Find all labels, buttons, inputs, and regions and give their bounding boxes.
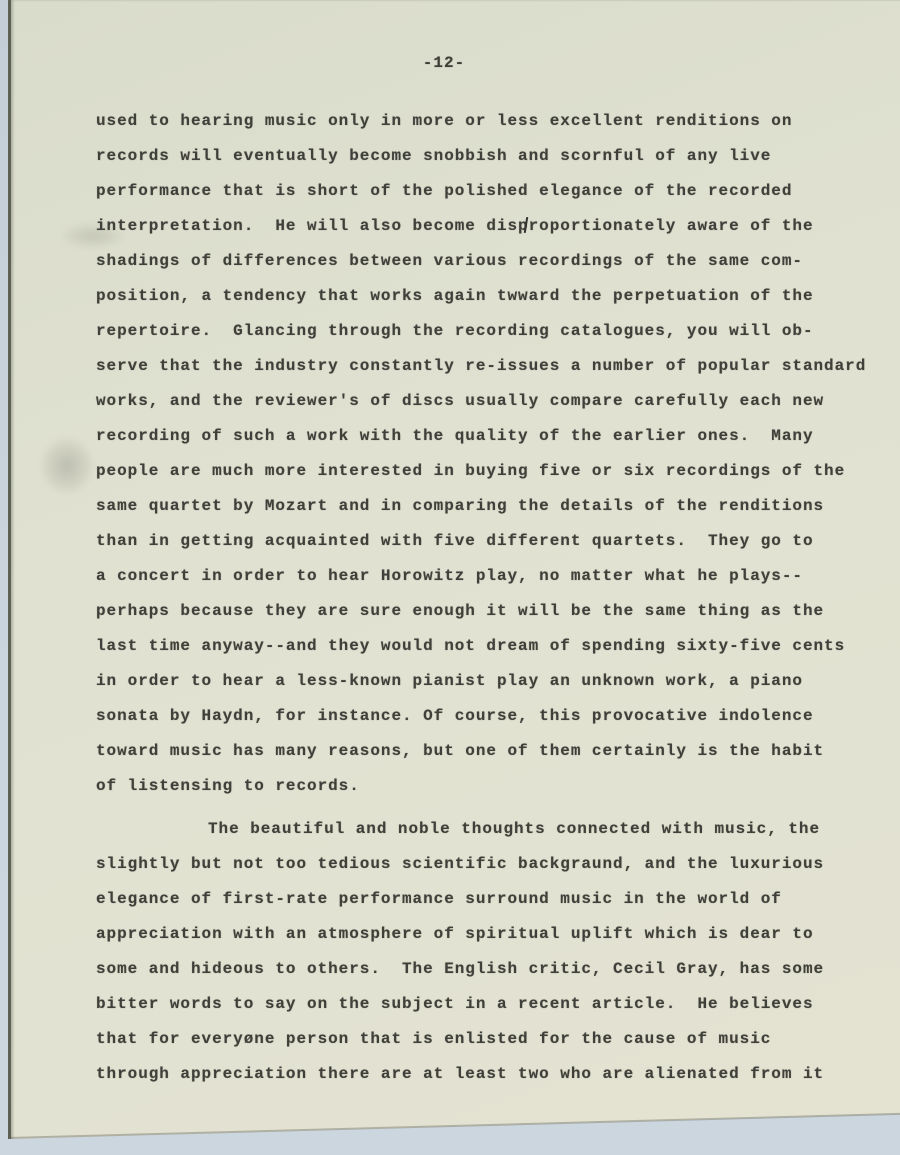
text-line: than in getting acquainted with five dif… <box>96 524 896 559</box>
text-line: interpretation. He will also become disp… <box>96 209 896 244</box>
paper-smudge <box>41 438 93 494</box>
text-line: a concert in order to hear Horowitz play… <box>96 559 896 594</box>
scan-background: -12- used to hearing music only in more … <box>0 0 900 1155</box>
text-line: some and hideous to others. The English … <box>96 952 896 987</box>
text-line: serve that the industry constantly re-is… <box>96 349 896 384</box>
text-line: elegance of first-rate performance surro… <box>96 882 896 917</box>
text-line: used to hearing music only in more or le… <box>96 104 896 139</box>
text-line: of listensing to records. <box>96 769 896 804</box>
document-page: -12- used to hearing music only in more … <box>8 0 900 1141</box>
text-line: sonata by Haydn, for instance. Of course… <box>96 699 896 734</box>
text-line: repertoire. Glancing through the recordi… <box>96 314 896 349</box>
text-line: through appreciation there are at least … <box>96 1057 896 1092</box>
text-line: position, a tendency that works again tw… <box>96 279 896 314</box>
page-number: -12- <box>0 54 890 72</box>
text-line: perhaps because they are sure enough it … <box>96 594 896 629</box>
text-line: same quartet by Mozart and in comparing … <box>96 489 896 524</box>
text-line: bitter words to say on the subject in a … <box>96 987 896 1022</box>
document-body: used to hearing music only in more or le… <box>96 104 896 1092</box>
text-line: last time anyway--and they would not dre… <box>96 629 896 664</box>
text-line: toward music has many reasons, but one o… <box>96 734 896 769</box>
text-line: works, and the reviewer's of discs usual… <box>96 384 896 419</box>
text-line: performance that is short of the polishe… <box>96 174 896 209</box>
text-line: slightly but not too tedious scientific … <box>96 847 896 882</box>
paragraph: The beautiful and noble thoughts connect… <box>96 812 896 1092</box>
text-line: shadings of differences between various … <box>96 244 896 279</box>
text-line: that for everyøne person that is enliste… <box>96 1022 896 1057</box>
text-line: in order to hear a less-known pianist pl… <box>96 664 896 699</box>
text-line: appreciation with an atmosphere of spiri… <box>96 917 896 952</box>
text-line: people are much more interested in buyin… <box>96 454 896 489</box>
paragraph: used to hearing music only in more or le… <box>96 104 896 804</box>
text-line: recording of such a work with the qualit… <box>96 419 896 454</box>
text-line: records will eventually become snobbish … <box>96 139 896 174</box>
text-line: The beautiful and noble thoughts connect… <box>96 812 896 847</box>
